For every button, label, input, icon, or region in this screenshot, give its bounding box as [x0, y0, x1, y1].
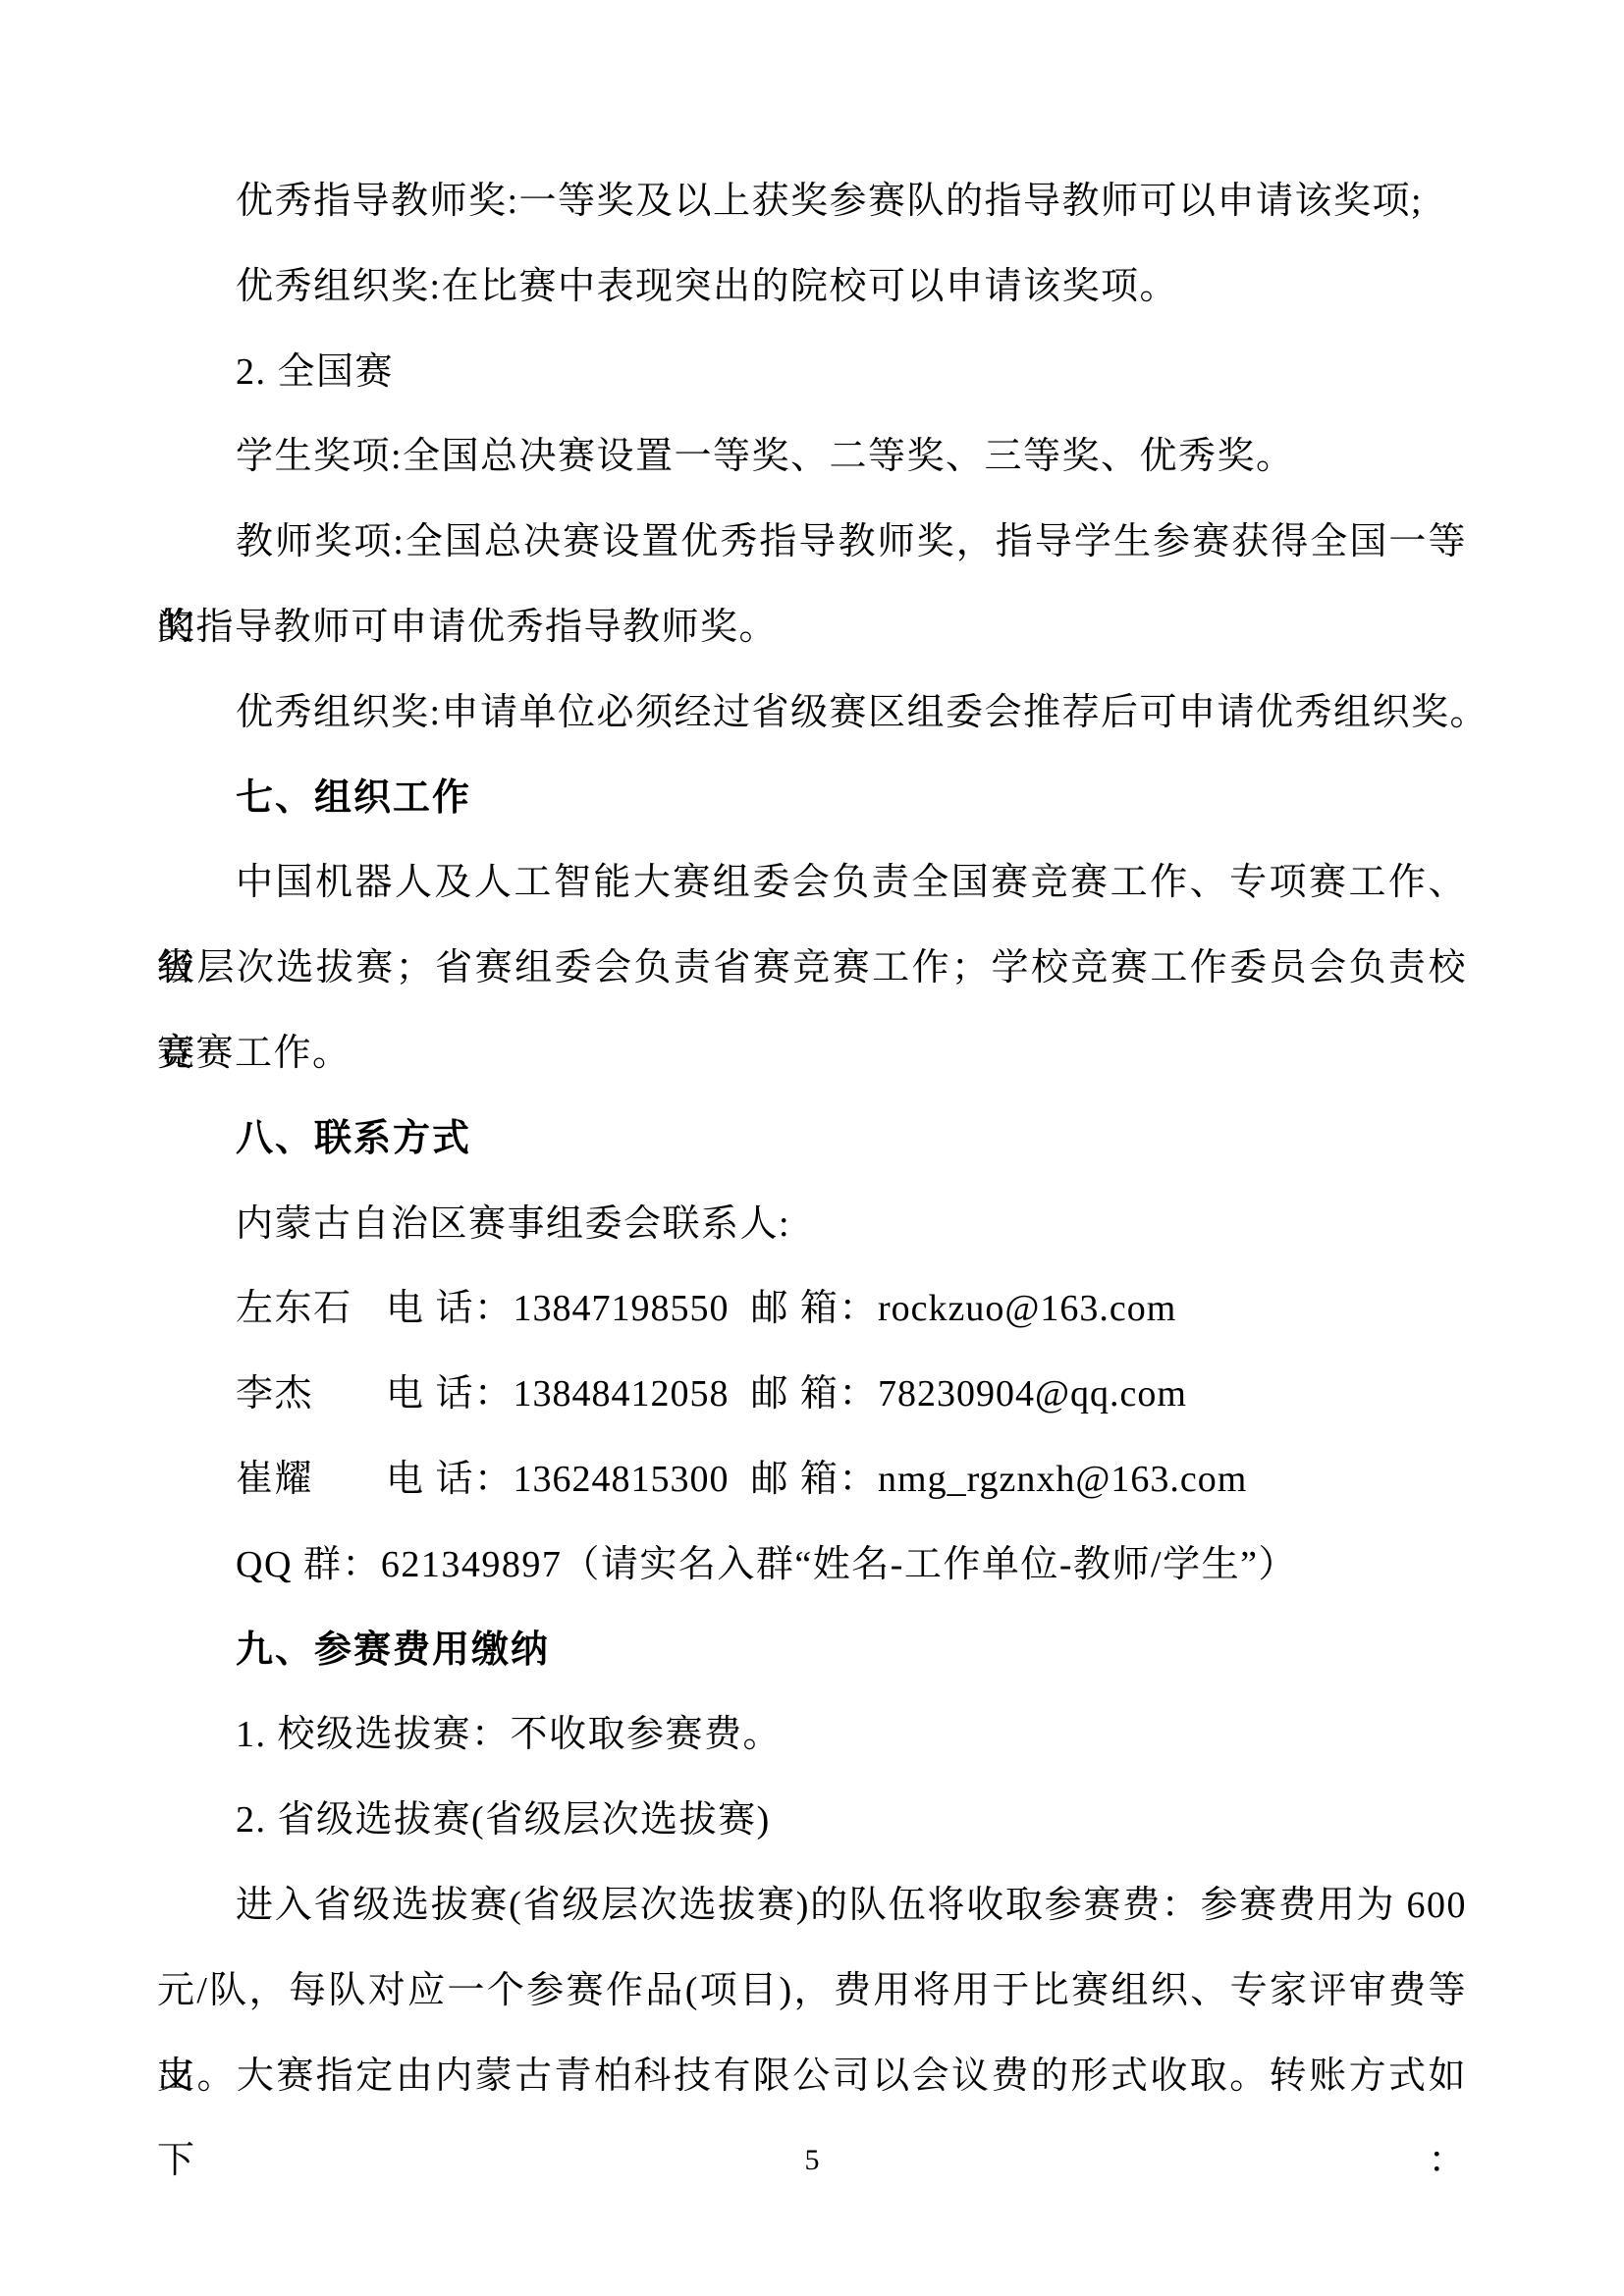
section-heading-organization-work: 七、组织工作 [157, 756, 1467, 841]
national-teacher-awards-line-1: 教师奖项:全国总决赛设置优秀指导教师奖，指导学生参赛获得全国一等奖 [157, 500, 1467, 585]
contact-name: 崔耀 [236, 1437, 386, 1522]
phone-label: 电 话： [386, 1288, 514, 1329]
contact-name: 李杰 [236, 1352, 386, 1437]
national-student-awards-line: 学生奖项:全国总决赛设置一等奖、二等奖、三等奖、优秀奖。 [157, 414, 1467, 500]
organization-body-line-1: 中国机器人及人工智能大赛组委会负责全国赛竞赛工作、专项赛工作、省 [157, 840, 1467, 926]
organization-body-line-3: 竞赛工作。 [157, 1011, 1467, 1096]
contact-email: 78230904@qq.com [878, 1373, 1187, 1415]
award-note-excellent-organization: 优秀组织奖:在比赛中表现突出的院校可以申请该奖项。 [157, 244, 1467, 330]
email-label: 邮 箱： [751, 1459, 879, 1500]
phone-label: 电 话： [386, 1459, 514, 1500]
contact-row: 李杰电 话：13848412058邮 箱：78230904@qq.com [157, 1352, 1467, 1437]
fees-body-line-2: 元/队，每队对应一个参赛作品(项目)，费用将用于比赛组织、专家评审费等支 [157, 1949, 1467, 2034]
document-text-block: 优秀指导教师奖:一等奖及以上获奖参赛队的指导教师可以申请该奖项; 优秀组织奖:在… [157, 159, 1467, 2204]
phone-label: 电 话： [386, 1373, 514, 1415]
section-heading-fees: 九、参赛费用缴纳 [157, 1608, 1467, 1693]
fees-body-line-3: 出。大赛指定由内蒙古青柏科技有限公司以会议费的形式收取。转账方式如下： [157, 2034, 1467, 2119]
email-label: 邮 箱： [751, 1373, 879, 1415]
fees-item-school-level: 1. 校级选拔赛：不收取参赛费。 [157, 1692, 1467, 1778]
qq-group-line: QQ 群：621349897（请实名入群“姓名-工作单位-教师/学生”） [157, 1522, 1467, 1608]
contact-email: nmg_rgznxh@163.com [878, 1459, 1247, 1500]
document-page: 优秀指导教师奖:一等奖及以上获奖参赛队的指导教师可以申请该奖项; 优秀组织奖:在… [0, 0, 1624, 2296]
contact-email: rockzuo@163.com [878, 1288, 1176, 1329]
award-note-excellent-teacher: 优秀指导教师奖:一等奖及以上获奖参赛队的指导教师可以申请该奖项; [157, 159, 1467, 244]
email-label: 邮 箱： [751, 1288, 879, 1329]
organization-body-line-2: 级层次选拔赛；省赛组委会负责省赛竞赛工作；学校竞赛工作委员会负责校赛 [157, 926, 1467, 1011]
list-item-national-competition: 2. 全国赛 [157, 330, 1467, 415]
contact-phone: 13847198550 [514, 1288, 730, 1329]
fees-item-province-level: 2. 省级选拔赛(省级层次选拔赛) [157, 1778, 1467, 1863]
section-heading-contact-info: 八、联系方式 [157, 1096, 1467, 1182]
contact-row: 左东石电 话：13847198550邮 箱：rockzuo@163.com [157, 1266, 1467, 1352]
contact-phone: 13848412058 [514, 1373, 730, 1415]
national-teacher-awards-line-2: 的指导教师可申请优秀指导教师奖。 [157, 585, 1467, 670]
contact-name: 左东石 [236, 1266, 386, 1352]
contact-row: 崔耀电 话：13624815300邮 箱：nmg_rgznxh@163.com [157, 1437, 1467, 1522]
fees-body-line-1: 进入省级选拔赛(省级层次选拔赛)的队伍将收取参赛费：参赛费用为 600 [157, 1863, 1467, 1949]
contact-intro-line: 内蒙古自治区赛事组委会联系人: [157, 1182, 1467, 1267]
national-org-award-line: 优秀组织奖:申请单位必须经过省级赛区组委会推荐后可申请优秀组织奖。 [157, 670, 1467, 756]
contact-phone: 13624815300 [514, 1459, 730, 1500]
